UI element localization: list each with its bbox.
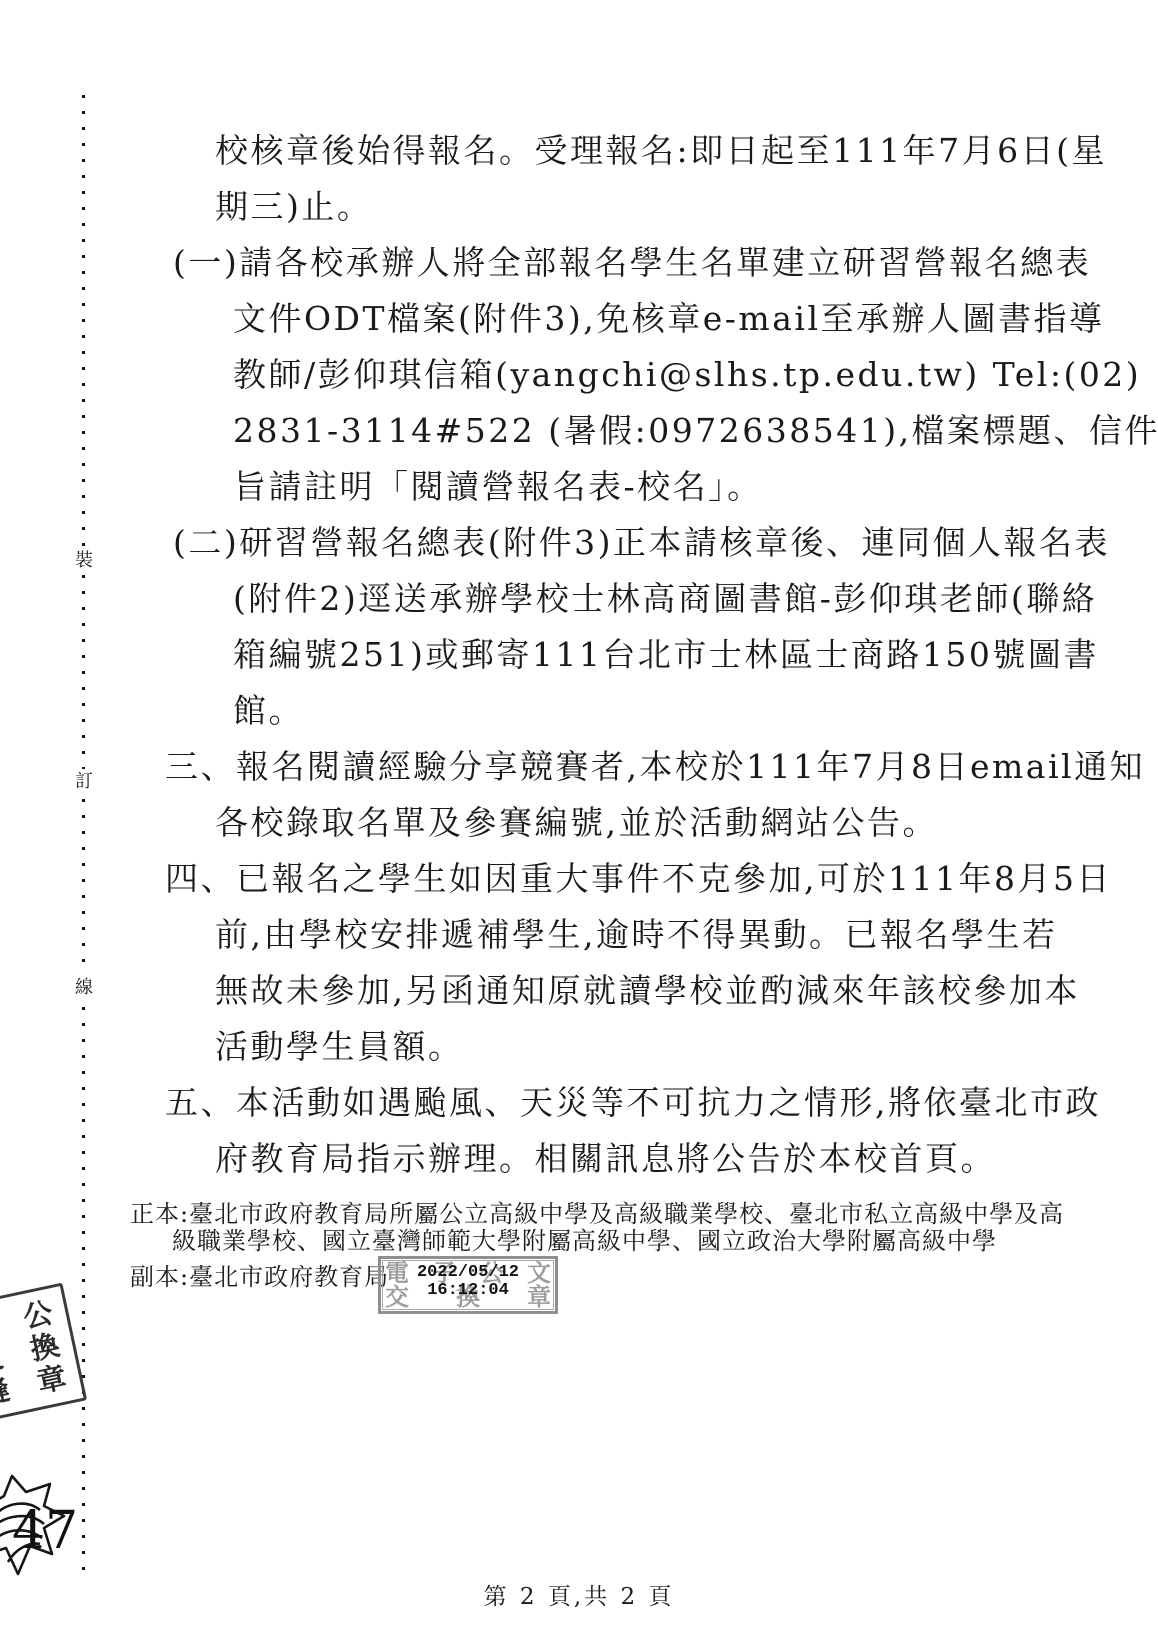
body-line: 教師/彭仰琪信箱(yangchi@slhs.tp.edu.tw) Tel:(02…: [233, 355, 1141, 395]
recipient-original-line2: 級職業學校、國立臺灣師範大學附屬高級中學、國立政治大學附屬高級中學: [172, 1226, 997, 1256]
corner-seam-stamp: 文交縫 公換章: [0, 1283, 87, 1426]
seam-stamp-right-column: 公換章: [16, 1296, 70, 1400]
binding-label-ding: 訂: [72, 769, 96, 795]
star-scribble-icon: 47: [0, 1470, 90, 1582]
body-line: (附件2)逕送承辦學校士林高商圖書館-彭仰琪老師(聯絡: [233, 579, 1097, 619]
body-line: 期三)止。: [215, 187, 372, 227]
mark-number-47: 47: [12, 1501, 78, 1561]
binding-label-xian: 線: [72, 975, 96, 1001]
body-line: 各校錄取名單及參賽編號,並於活動網站公告。: [215, 803, 938, 843]
body-line: 前,由學校安排遞補學生,逾時不得異動。已報名學生若: [215, 915, 1057, 955]
body-line: 箱編號251)或郵寄111台北市士林區士商路150號圖書: [233, 635, 1099, 675]
body-line: 旨請註明「閱讀營報名表-校名」。: [233, 467, 763, 507]
recipient-original-line1: 正本:臺北市政府教育局所屬公立高級中學及高級職業學校、臺北市私立高級中學及高: [130, 1199, 1064, 1229]
document-page: 裝 訂 線 校核章後始得報名。受理報名:即日起至111年7月6日(星 期三)止。…: [0, 0, 1158, 1649]
body-line: (一)請各校承辦人將全部報名學生名單建立研習營報名總表: [173, 243, 1091, 283]
body-line: 校核章後始得報名。受理報名:即日起至111年7月6日(星: [215, 131, 1107, 171]
stamp-time: 16:12:04: [381, 1281, 555, 1300]
stamp-date: 2022/05/12: [381, 1263, 555, 1282]
body-line: 文件ODT檔案(附件3),免核章e-mail至承辦人圖書指導: [233, 299, 1105, 339]
recipient-copy-line: 副本:臺北市政府教育局: [130, 1262, 389, 1292]
body-line: 五、本活動如遇颱風、天災等不可抗力之情形,將依臺北市政: [165, 1083, 1101, 1123]
body-line: 四、已報名之學生如因重大事件不克參加,可於111年8月5日: [165, 859, 1112, 899]
body-line: 活動學生員額。: [215, 1027, 464, 1067]
body-line: 三、報名閱讀經驗分享競賽者,本校於111年7月8日email通知: [165, 747, 1145, 787]
body-line: 府教育局指示辦理。相關訊息將公告於本校首頁。: [215, 1139, 996, 1179]
body-line: (二)研習營報名總表(附件3)正本請核章後、連同個人報名表: [173, 523, 1110, 563]
electronic-exchange-stamp: 電 子 公 文 交 換 章 2022/05/12 16:12:04: [378, 1256, 558, 1314]
scribble-star-mark: 47: [0, 1470, 90, 1582]
binding-dotted-line: [82, 95, 85, 1577]
body-line: 無故未參加,另函通知原就讀學校並酌減來年該校參加本: [215, 971, 1080, 1011]
body-line: 2831-3114#522 (暑假:0972638541),檔案標題、信件主: [233, 411, 1158, 451]
page-footer: 第 2 頁,共 2 頁: [0, 1578, 1158, 1611]
body-line: 館。: [233, 691, 304, 731]
binding-label-zhuang: 裝: [72, 548, 96, 574]
seam-stamp-left-column: 文交縫: [0, 1308, 14, 1412]
